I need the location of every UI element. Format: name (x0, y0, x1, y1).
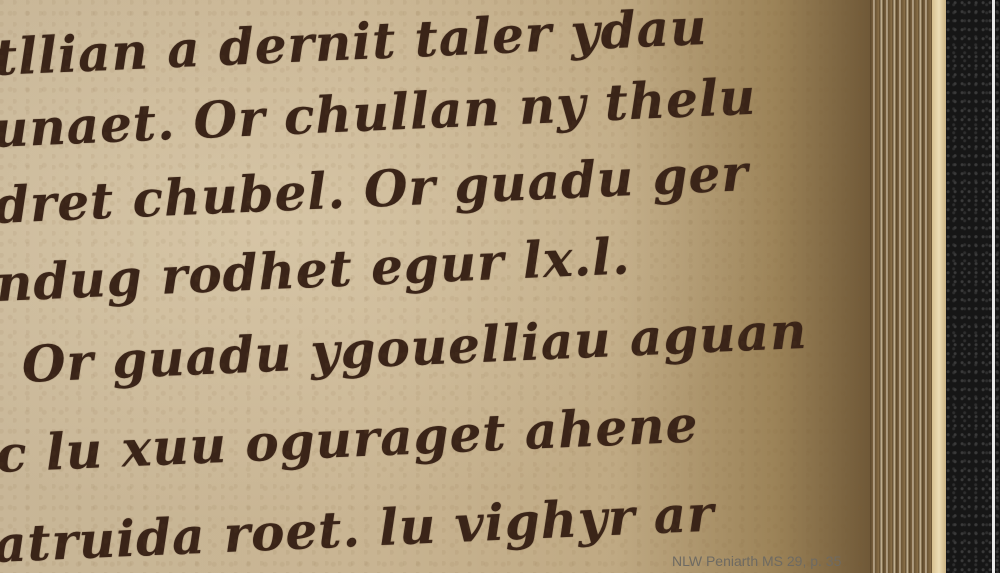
parchment-page: tllian a dernit taler ydau unaet. Or chu… (0, 0, 880, 573)
fore-edge-strip (932, 0, 946, 573)
image-caption: NLW Peniarth MS 29, p. 35 (672, 553, 841, 569)
manuscript-photo: tllian a dernit taler ydau unaet. Or chu… (0, 0, 1000, 573)
binding-border (992, 0, 995, 573)
script-line: dret chubel. Or guadu ger (0, 143, 750, 235)
script-line: atruida roet. lu vighyr ar (0, 484, 716, 573)
script-line: ndug rodhet egur lx.l. (0, 226, 632, 313)
script-line: c lu xuu oguraget ahene (0, 394, 700, 484)
script-line: tllian a dernit taler ydau (0, 0, 708, 87)
page-stack-edges (870, 0, 932, 573)
script-line: unaet. Or chullan ny thelu (0, 67, 757, 159)
script-line: Or guadu ygouelliau aguan (21, 301, 809, 394)
